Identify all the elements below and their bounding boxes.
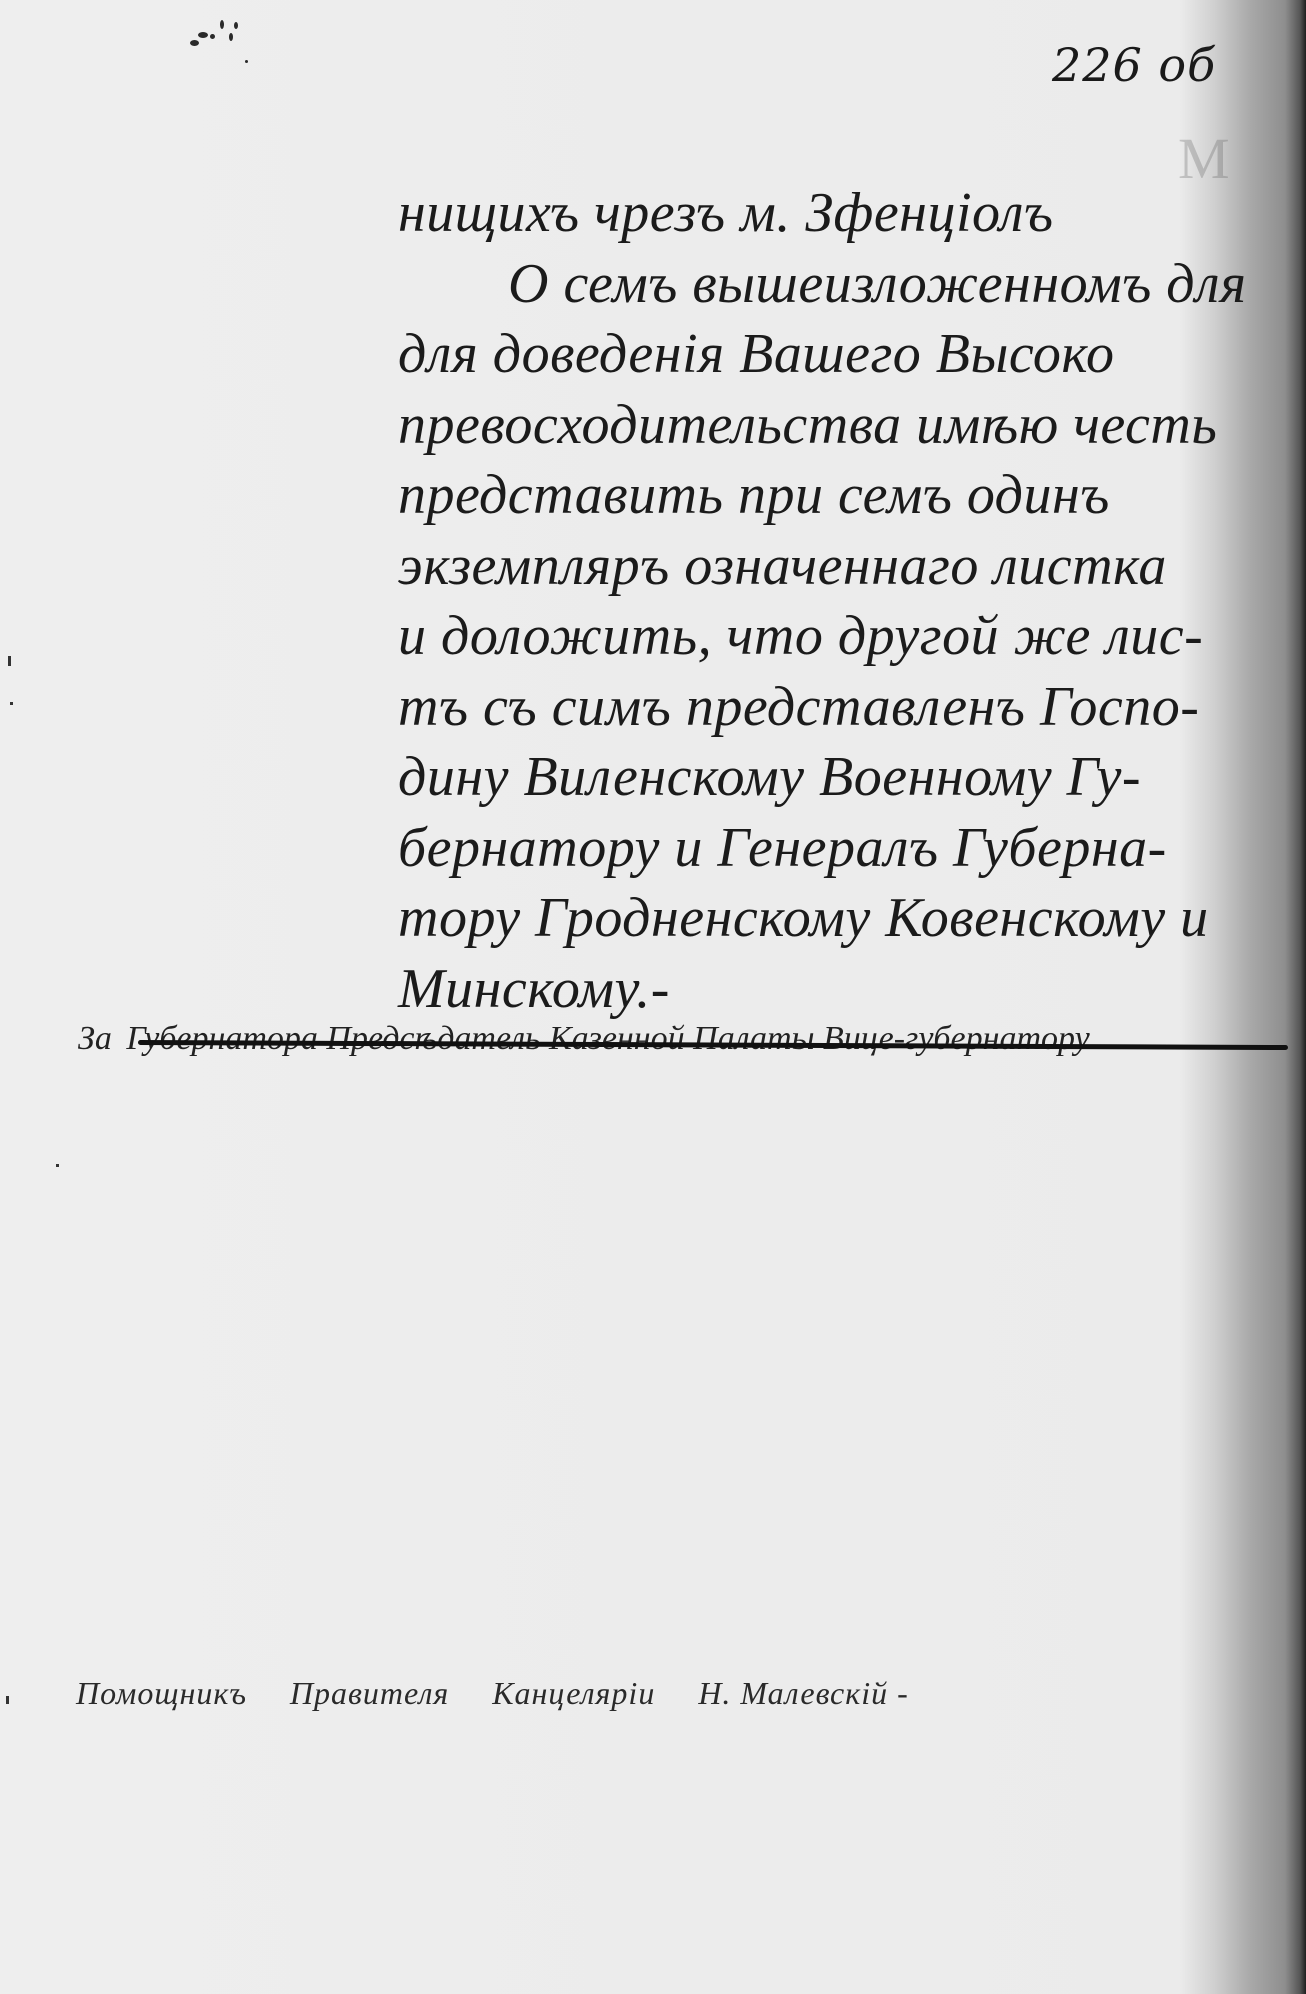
body-line: дину Виленскому Военному Гу-: [398, 742, 1298, 813]
signature-name: Н. Малевскій -: [698, 1675, 908, 1711]
signature-line: Помощникъ Правителя Канцеляріи Н. Малевс…: [76, 1675, 943, 1712]
body-line: нищихъ чрезъ м. Зфенціолъ: [398, 178, 1298, 249]
body-line: Минскому.-: [398, 954, 1298, 1025]
struck-line-text: Губернатора Предсѣдатель Казенной Палаты…: [120, 1020, 1089, 1058]
ink-speck: [198, 32, 208, 38]
letter-body: нищихъ чрезъ м. Зфенціолъ О семъ вышеизл…: [398, 178, 1298, 1024]
margin-mark: [6, 1696, 9, 1704]
ink-speck: [210, 34, 215, 39]
body-line: представить при семъ одинъ: [398, 460, 1298, 531]
signature-title-word: Помощникъ: [76, 1675, 247, 1711]
body-line: экземпляръ означеннаго листка: [398, 531, 1298, 602]
ink-speck: [234, 22, 238, 29]
body-line: бернатору и Генералъ Губерна-: [398, 813, 1298, 884]
margin-mark: [10, 702, 13, 705]
body-line: превосходительства имѣю честь: [398, 390, 1298, 461]
margin-mark: [56, 1164, 59, 1167]
ink-speck: [245, 60, 248, 63]
folio-number: 226 об: [1052, 38, 1216, 92]
ink-speck: [229, 33, 233, 41]
margin-mark: [8, 656, 11, 666]
struck-through-line: За Губернатора Предсѣдатель Казенной Пал…: [78, 1020, 1298, 1080]
body-line: для доведенія Вашего Высоко: [398, 319, 1298, 390]
scanned-document-page: 226 об M нищихъ чрезъ м. Зфенціолъ О сем…: [0, 0, 1306, 1994]
body-line: тору Гродненскому Ковенскому и: [398, 883, 1298, 954]
body-line: О семъ вышеизложенномъ для: [398, 249, 1298, 320]
ink-speck: [220, 20, 224, 29]
struck-line-prefix: За: [78, 1020, 112, 1058]
ink-speck: [190, 40, 199, 46]
body-line: тъ съ симъ представленъ Госпо-: [398, 672, 1298, 743]
signature-title-word: Правителя: [290, 1675, 449, 1711]
body-line: и доложить, что другой же лис-: [398, 601, 1298, 672]
signature-title-word: Канцеляріи: [492, 1675, 655, 1711]
